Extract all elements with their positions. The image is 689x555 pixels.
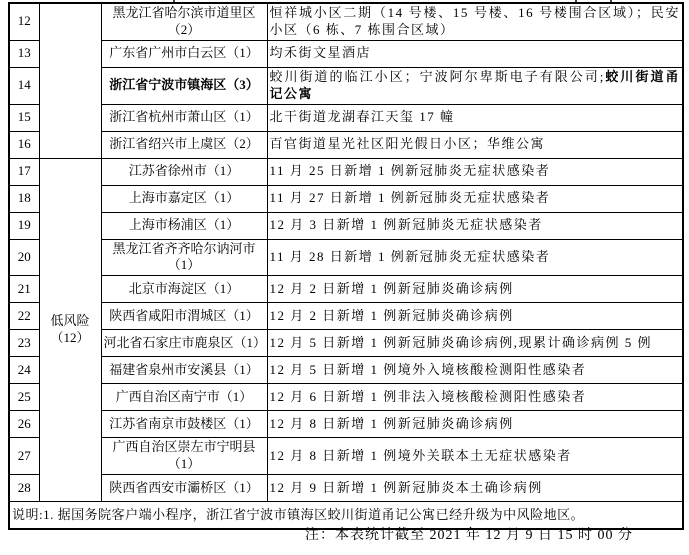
row-number-cell: 25 <box>9 384 39 411</box>
risk-group-cell-cropped <box>39 3 101 158</box>
region-cell: 浙江省宁波市镇海区（3） <box>101 67 267 104</box>
table-row: 15浙江省杭州市萧山区（1）北干街道龙湖春江天玺 17 幢 <box>9 104 683 131</box>
row-number-cell: 18 <box>9 185 39 212</box>
row-number-cell: 16 <box>9 131 39 158</box>
table-row: 18上海市嘉定区（1）11 月 27 日新增 1 例新冠肺炎无症状感染者 <box>9 185 683 212</box>
region-cell: 黑龙江省齐齐哈尔讷河市（1） <box>101 239 267 276</box>
description-text: 12 月 5 日新增 1 例新冠肺炎确诊病例,现累计确诊病例 5 例 <box>270 335 653 350</box>
risk-area-table: 12黑龙江省哈尔滨市道里区（2）恒祥城小区二期（14 号楼、15 号楼、16 号… <box>8 2 684 530</box>
table-row: 13广东省广州市白云区（1）均禾街文星酒店 <box>9 40 683 67</box>
description-cell: 百官街道星光社区阳光假日小区；华维公寓 <box>267 131 683 158</box>
description-text: 12 月 9 日新增 1 例新冠肺炎本土确诊病例 <box>270 480 543 495</box>
region-cell: 陕西省咸阳市渭城区（1） <box>101 303 267 330</box>
description-text: 12 月 6 日新增 1 例非法入境核酸检测阳性感染者 <box>270 389 587 404</box>
description-text: 12 月 8 日新增 1 例境外关联本土无症状感染者 <box>270 448 572 463</box>
row-number-cell: 23 <box>9 330 39 357</box>
region-cell: 福建省泉州市安溪县（1） <box>101 357 267 384</box>
description-cell: 均禾街文星酒店 <box>267 40 683 67</box>
risk-label-line2: （12） <box>42 330 99 347</box>
description-cell: 11 月 25 日新增 1 例新冠肺炎无症状感染者 <box>267 158 683 185</box>
description-cell: 北干街道龙湖春江天玺 17 幢 <box>267 104 683 131</box>
description-text: 12 月 2 日新增 1 例新冠肺炎确诊病例 <box>270 308 514 323</box>
description-cell: 11 月 28 日新增 1 例新冠肺炎无症状感染者 <box>267 239 683 276</box>
row-number-cell: 20 <box>9 239 39 276</box>
region-cell: 江苏省徐州市（1） <box>101 158 267 185</box>
region-cell: 浙江省绍兴市上虞区（2） <box>101 131 267 158</box>
table-row: 24福建省泉州市安溪县（1）12 月 5 日新增 1 例境外入境核酸检测阳性感染… <box>9 357 683 384</box>
description-cell: 蛟川街道的临江小区；宁波阿尔卑斯电子有限公司;蛟川街道甬记公寓 <box>267 67 683 104</box>
description-text: 11 月 28 日新增 1 例新冠肺炎无症状感染者 <box>270 249 551 264</box>
region-cell: 陕西省西安市灞桥区（1） <box>101 475 267 502</box>
description-cell: 12 月 8 日新增 1 例新冠肺炎确诊病例 <box>267 411 683 438</box>
row-number-cell: 22 <box>9 303 39 330</box>
region-cell: 河北省石家庄市鹿泉区（1） <box>101 330 267 357</box>
row-number-cell: 28 <box>9 475 39 502</box>
description-cell: 12 月 9 日新增 1 例新冠肺炎本土确诊病例 <box>267 475 683 502</box>
description-cell: 12 月 2 日新增 1 例新冠肺炎确诊病例 <box>267 303 683 330</box>
row-number-cell: 12 <box>9 3 39 40</box>
row-number-cell: 19 <box>9 212 39 239</box>
description-text: 恒祥城小区二期（14 号楼、15 号楼、16 号楼围合区域）；民安小区（6 栋、… <box>270 5 681 37</box>
region-cell: 广西自治区南宁市（1） <box>101 384 267 411</box>
description-text: 12 月 8 日新增 1 例新冠肺炎确诊病例 <box>270 416 514 431</box>
description-cell: 12 月 8 日新增 1 例境外关联本土无症状感染者 <box>267 438 683 475</box>
description-text: 蛟川街道的临江小区；宁波阿尔卑斯电子有限公司; <box>270 69 605 84</box>
description-text: 12 月 5 日新增 1 例境外入境核酸检测阳性感染者 <box>270 362 587 377</box>
row-number-cell: 15 <box>9 104 39 131</box>
description-cell: 12 月 6 日新增 1 例非法入境核酸检测阳性感染者 <box>267 384 683 411</box>
row-number-cell: 17 <box>9 158 39 185</box>
description-cell: 11 月 27 日新增 1 例新冠肺炎无症状感染者 <box>267 185 683 212</box>
description-text: 11 月 27 日新增 1 例新冠肺炎无症状感染者 <box>270 190 551 205</box>
risk-label-line1: 低风险 <box>42 313 99 330</box>
region-cell: 江苏省南京市鼓楼区（1） <box>101 411 267 438</box>
region-cell: 广西自治区崇左市宁明县（1） <box>101 438 267 475</box>
region-cell: 上海市杨浦区（1） <box>101 212 267 239</box>
description-text: 百官街道星光社区阳光假日小区；华维公寓 <box>270 136 546 151</box>
table-row: 27广西自治区崇左市宁明县（1）12 月 8 日新增 1 例境外关联本土无症状感… <box>9 438 683 475</box>
footer-note: 注：本表统计截至 2021 年 12 月 9 日 15 时 00 分 <box>305 524 633 544</box>
description-text: 12 月 2 日新增 1 例新冠肺炎确诊病例 <box>270 281 514 296</box>
risk-group-cell-low: 低风险（12） <box>39 158 101 502</box>
description-text: 均禾街文星酒店 <box>270 45 372 60</box>
region-cell: 北京市海淀区（1） <box>101 276 267 303</box>
table-row: 17低风险（12）江苏省徐州市（1）11 月 25 日新增 1 例新冠肺炎无症状… <box>9 158 683 185</box>
row-number-cell: 13 <box>9 40 39 67</box>
table-row: 21北京市海淀区（1）12 月 2 日新增 1 例新冠肺炎确诊病例 <box>9 276 683 303</box>
row-number-cell: 26 <box>9 411 39 438</box>
table-row: 28陕西省西安市灞桥区（1）12 月 9 日新增 1 例新冠肺炎本土确诊病例 <box>9 475 683 502</box>
region-cell: 广东省广州市白云区（1） <box>101 40 267 67</box>
table-row: 16浙江省绍兴市上虞区（2）百官街道星光社区阳光假日小区；华维公寓 <box>9 131 683 158</box>
row-number-cell: 14 <box>9 67 39 104</box>
risk-area-rows: 12黑龙江省哈尔滨市道里区（2）恒祥城小区二期（14 号楼、15 号楼、16 号… <box>9 3 683 502</box>
table-row: 20黑龙江省齐齐哈尔讷河市（1）11 月 28 日新增 1 例新冠肺炎无症状感染… <box>9 239 683 276</box>
table-row: 26江苏省南京市鼓楼区（1）12 月 8 日新增 1 例新冠肺炎确诊病例 <box>9 411 683 438</box>
description-text: 北干街道龙湖春江天玺 17 幢 <box>270 109 455 124</box>
row-number-cell: 27 <box>9 438 39 475</box>
row-number-cell: 21 <box>9 276 39 303</box>
table-row: 19上海市杨浦区（1）12 月 3 日新增 1 例新冠肺炎无症状感染者 <box>9 212 683 239</box>
table-row: 22陕西省咸阳市渭城区（1）12 月 2 日新增 1 例新冠肺炎确诊病例 <box>9 303 683 330</box>
document-page: 12黑龙江省哈尔滨市道里区（2）恒祥城小区二期（14 号楼、15 号楼、16 号… <box>0 0 689 555</box>
description-text: 11 月 25 日新增 1 例新冠肺炎无症状感染者 <box>270 163 551 178</box>
description-cell: 12 月 5 日新增 1 例新冠肺炎确诊病例,现累计确诊病例 5 例 <box>267 330 683 357</box>
table-row: 14浙江省宁波市镇海区（3）蛟川街道的临江小区；宁波阿尔卑斯电子有限公司;蛟川街… <box>9 67 683 104</box>
description-cell: 12 月 2 日新增 1 例新冠肺炎确诊病例 <box>267 276 683 303</box>
row-number-cell: 24 <box>9 357 39 384</box>
description-cell: 12 月 3 日新增 1 例新冠肺炎无症状感染者 <box>267 212 683 239</box>
table-row: 23河北省石家庄市鹿泉区（1）12 月 5 日新增 1 例新冠肺炎确诊病例,现累… <box>9 330 683 357</box>
description-text: 12 月 3 日新增 1 例新冠肺炎无症状感染者 <box>270 217 543 232</box>
region-cell: 上海市嘉定区（1） <box>101 185 267 212</box>
region-cell: 浙江省杭州市萧山区（1） <box>101 104 267 131</box>
description-cell: 恒祥城小区二期（14 号楼、15 号楼、16 号楼围合区域）；民安小区（6 栋、… <box>267 3 683 40</box>
region-cell: 黑龙江省哈尔滨市道里区（2） <box>101 3 267 40</box>
table-row: 25广西自治区南宁市（1）12 月 6 日新增 1 例非法入境核酸检测阳性感染者 <box>9 384 683 411</box>
table-row: 12黑龙江省哈尔滨市道里区（2）恒祥城小区二期（14 号楼、15 号楼、16 号… <box>9 3 683 40</box>
description-cell: 12 月 5 日新增 1 例境外入境核酸检测阳性感染者 <box>267 357 683 384</box>
